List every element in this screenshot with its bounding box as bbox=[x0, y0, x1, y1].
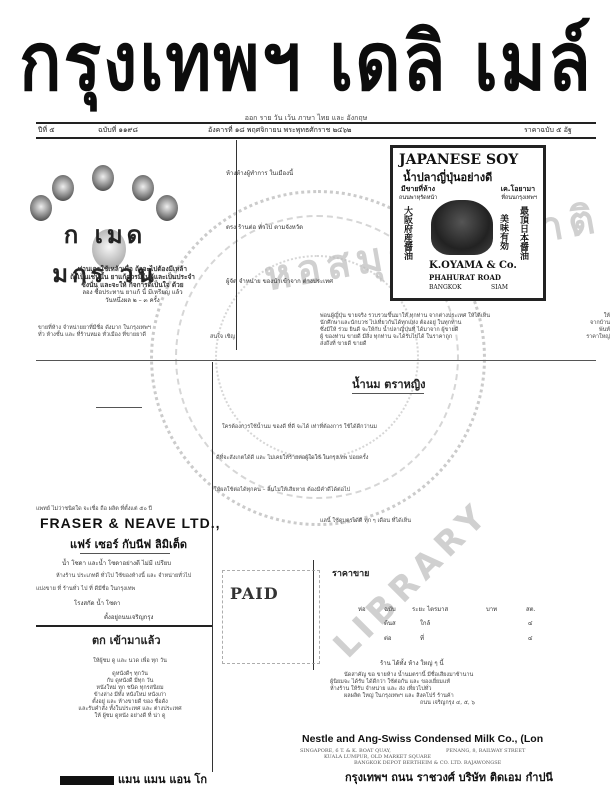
grandma-ad-body: ท่านเคยใช้เหล้าเมื่อ ถ้าจะไปต้องมีเหล้า … bbox=[50, 265, 215, 305]
milk-line-2: ดีที่จะสังเกตได้ดี และ ไม่เคยให้ร้ายต่อผ… bbox=[216, 455, 368, 462]
right-top-article: พ่อนผู้ญี่ปุ่น ขายจริง รวบรวมขึ้นมาให้ ท… bbox=[320, 313, 490, 348]
issue-price: ราคาฉบับ ๕ อัฐ bbox=[524, 125, 572, 136]
announcement-line: ให้ผู้ชม ดู และ นวด เพื่อ ทุก วัน bbox=[60, 658, 200, 665]
column-rule-left bbox=[212, 362, 213, 772]
fraser-line-1: น้ำ โซดา และน้ำ โซดาอย่างดี ไม่มี เปรียบ bbox=[62, 560, 171, 568]
grandma-ad-footnote-1: ขายที่ห้าง จำหน่ายยาที่มีชื่อ ดังมาก ในก… bbox=[38, 325, 151, 332]
article-line: ซึ่งมีให้ ร่วม ยินดี จะให้กับ น้ำปลาญี่ป… bbox=[320, 327, 490, 334]
ink-blot bbox=[60, 776, 114, 785]
price-header-cell: ห่อ bbox=[358, 604, 366, 614]
price-list-heading: ราคาขาย bbox=[332, 566, 369, 580]
fragment-line: ราคาใหญ่ bbox=[574, 334, 610, 341]
milk-heading: น้ำนม ตราหญิง bbox=[352, 375, 426, 393]
grandma-ad-line: ลอง ซื้อประทาน ยาแก้ นี้ มีเหรียญ แล้ว bbox=[50, 289, 215, 297]
price-header-cell: ฉบับ bbox=[384, 604, 396, 614]
issue-date: อังคารที่ ๑๘ พฤศจิกายน พระพุทธศักราช ๒๔๖… bbox=[208, 125, 352, 136]
grandma-ad-line: วันหนึ่งผล ๒ – ๓ ครั้ง bbox=[50, 297, 215, 305]
announcement-line: ให้ ผู้ชม ดูหนัง อย่างดี ที่ น่า ดู bbox=[60, 713, 200, 720]
fraser-line-3: แบ่งขาย ที่ ร้านทั่ว ไป ที่ ดีมีชื่อ ในก… bbox=[36, 586, 135, 593]
milk-line-3: ให้ผลใช้ต่อได้ทุกคน – ลิ้นไม่ให้เสียหาย … bbox=[214, 487, 350, 494]
milk-line-1: ใครต้องการใช้น้ำนม ของดี ที่ดี จะได้ เท่… bbox=[222, 424, 377, 431]
price-cell: ๔ bbox=[528, 618, 533, 628]
face-illustration-2 bbox=[52, 175, 74, 201]
top-center-note-1: ห้างห้างผู้ทำการ ในเมืองนี้ bbox=[226, 170, 293, 178]
announcement-footer-text: แมน แมน แอน โก bbox=[118, 773, 207, 786]
announcement-line: ข้างล่าง มีทั้ง หนังใหม่ หนังเก่า bbox=[60, 692, 200, 699]
announcement-line: หนังใหม่ ทุก ชนิด ทุกรสนิยม bbox=[60, 685, 200, 692]
nestle-line: ห้างร้าน ให้รับ จำหน่าย และ ส่ง เที่ยวไป… bbox=[330, 686, 475, 693]
price-header-cell: สต. bbox=[526, 604, 535, 614]
japanese-soy-ad: JAPANESE SOY น้ำปลาญี่ปุ่นอย่างดี มีขายท… bbox=[390, 145, 546, 301]
masthead-rule-bottom bbox=[36, 137, 596, 139]
nestle-line: ผลผลิต ใหญ่ ในกรุงเทพฯ และ สิงคโปร์ ร้าน… bbox=[330, 693, 475, 700]
sab-heading-underline bbox=[96, 407, 142, 408]
soy-ad-cjk-right: 最頂日本醤油 bbox=[517, 206, 530, 260]
soy-ad-left-line-2: ถนนพาหุรัดหน้า bbox=[399, 194, 437, 202]
price-cell: ต่อ bbox=[384, 633, 392, 643]
nestle-intro: ร้าน ได้ทั้ง ห้าง ใหญ่ ๆ นี้ bbox=[380, 660, 444, 668]
price-list-row: ต่อ ที่ ๔ bbox=[0, 633, 612, 641]
soy-ad-city-right: SIAM bbox=[491, 284, 508, 291]
price-list-row: ต้นส ใกล้ ๔ bbox=[0, 618, 612, 626]
fragment-line: พ้นท์ bbox=[574, 327, 610, 334]
nestle-body: นัดสาคัญ ขอ ขายห้าง น้ำนมตรานี้ มีชื่อเส… bbox=[330, 672, 475, 707]
nestle-address-4: BANGKOK DEPOT BERTHEIM & CO. LTD. RAJAWO… bbox=[354, 760, 501, 766]
announcement-line: และรับคำสั่ง ทั้งในประเทศ และ ต่างประเทศ bbox=[60, 706, 200, 713]
announcement-line: ดูหนังดีๆ ทุกวัน bbox=[60, 671, 200, 678]
announcement-footer-name: แมน แมน แอน โก bbox=[60, 770, 207, 788]
fragment-line: ให้ bbox=[574, 313, 610, 320]
top-center-note-3: ผู้จัด จำหน่าย ของนำเข้าจาก ต่างประเทศ bbox=[226, 278, 333, 286]
grandma-ad-footnote-2: ทั่ว ห้างชั้น และ ที่ร้านหมอ ทั่วเมือง ท… bbox=[38, 332, 146, 339]
price-cell: ๔ bbox=[528, 633, 533, 643]
fraser-name-th: แฟร์ เซอร์ กับนีฟ ลิมิเต็ด bbox=[70, 535, 187, 553]
issue-number: ฉบับที่ ๑๑๙๘ bbox=[98, 125, 138, 136]
soy-ad-cjk-left: 大阪府産醤油 bbox=[401, 206, 414, 260]
nestle-line: ถนน เจริญกรุง ๔, ๕, ๖ bbox=[330, 700, 475, 707]
lion-illustration bbox=[431, 200, 493, 255]
fraser-name-en: FRASER & NEAVE LTD., bbox=[40, 515, 221, 531]
article-line: ผู้ ของท่าน ขายดี มีสิ่ง ทุกท่าน จะได้รั… bbox=[320, 334, 490, 341]
masthead-rule-top bbox=[36, 122, 596, 124]
price-header-cell: บาท bbox=[486, 604, 497, 614]
mid-note: สนใจ เชิญ bbox=[210, 334, 235, 341]
grandma-ad-line: ถ้าเป็นเช่นนั้น ยาแก้ควรมีในตู้และเป็นปร… bbox=[50, 273, 215, 281]
price-list-header-row: ห่อ ฉบับ ระยะ ไตรมาส บาท สต. bbox=[0, 604, 612, 612]
fraser-intro: แพทย์ ไม่ว่าชนิดใด จะเชื่อ ถือ ผลิต ที่ต… bbox=[36, 506, 152, 513]
nestle-line: นัดสาคัญ ขอ ขายห้าง น้ำนมตรานี้ มีชื่อเส… bbox=[330, 672, 475, 679]
section-rule-mid bbox=[36, 360, 596, 361]
nestle-name-en: Nestle and Ang-Swiss Condensed Milk Co.,… bbox=[302, 733, 543, 745]
soy-ad-city-left: BANGKOK bbox=[429, 284, 462, 291]
issue-year: ปีที่ ๕ bbox=[38, 125, 55, 136]
milk-heading-underline bbox=[352, 393, 424, 394]
price-cell: ต้นส bbox=[384, 618, 396, 628]
grandma-ad-line: ซึ่งนั่น และจะให้ กิจการดีเป็นใจ ด้วย bbox=[50, 281, 215, 289]
announcement-body: ให้ผู้ชม ดู และ นวด เพื่อ ทุก วัน ดูหนัง… bbox=[60, 658, 200, 720]
grandma-ad-line: ท่านเคยใช้เหล้าเมื่อ ถ้าจะไปต้องมีเหล้า bbox=[50, 265, 215, 273]
face-illustration-4 bbox=[132, 175, 154, 201]
article-line: นักศึกษาและนักบวช ไปเที่ยวกันได้ทุกแห่ง … bbox=[320, 320, 490, 327]
nestle-line: ผู้นิยมจะ ได้รับ ได้ดีกว่า ใช้ต่อกัน และ… bbox=[330, 679, 475, 686]
price-cell: ใกล้ bbox=[420, 618, 430, 628]
face-illustration-3 bbox=[92, 165, 114, 191]
soy-ad-right-line-2: ที่ถนนกรุงเทพฯ bbox=[501, 194, 537, 202]
masthead-title: กรุงเทพฯ เดลิ เมล์ bbox=[0, 16, 612, 108]
soy-ad-cjk-mid: 美味有効 bbox=[497, 214, 510, 250]
nestle-address-2: PENANG, 8, RAILWAY STREET bbox=[446, 748, 525, 754]
right-edge-fragment: ให้ จากบ้าน พ้นท์ ราคาใหญ่ bbox=[574, 313, 610, 341]
fraser-underline bbox=[80, 553, 170, 554]
announcement-line: ตั้งอยู่ และ ห้างขายดี ของ ชื่อดัง bbox=[60, 699, 200, 706]
fragment-line: จากบ้าน bbox=[574, 320, 610, 327]
milk-line-4: แลนี้ ใช้ดูบุตรได้ดี ทุก ๆ เดือน ที่ได้เ… bbox=[320, 518, 411, 525]
soy-ad-road: PHAHURAT ROAD bbox=[429, 273, 501, 282]
issue-bar: ปีที่ ๕ ฉบับที่ ๑๑๙๘ อังคารที่ ๑๘ พฤศจิก… bbox=[38, 125, 598, 136]
fraser-line-2: ห้างร้าน ประเภทดี ทั่วไป ใช้ของห้างนี้ แ… bbox=[56, 573, 191, 580]
top-center-note-2: ตรง ร้านต่อ ทั่วไป ตามจังหวัด bbox=[226, 224, 303, 232]
nestle-name-th: กรุงเทพฯ ถนน ราชวงศ์ บริษัท ติดเอม กำปนี bbox=[345, 768, 553, 786]
soy-ad-title: JAPANESE SOY bbox=[399, 152, 518, 168]
price-header-cell: ระยะ ไตรมาส bbox=[412, 604, 448, 614]
announcement-line: กับ ดูหนังดี มีทุก วัน bbox=[60, 678, 200, 685]
price-cell: ที่ bbox=[420, 633, 424, 643]
paid-stamp: PAID bbox=[230, 584, 279, 603]
article-line: ส่งถึงที่ ขายดี ขายดี bbox=[320, 341, 490, 348]
article-line: พ่อนผู้ญี่ปุ่น ขายจริง รวบรวมขึ้นมาให้ ท… bbox=[320, 313, 490, 320]
soy-ad-company: K.OYAMA & Co. bbox=[429, 260, 517, 271]
